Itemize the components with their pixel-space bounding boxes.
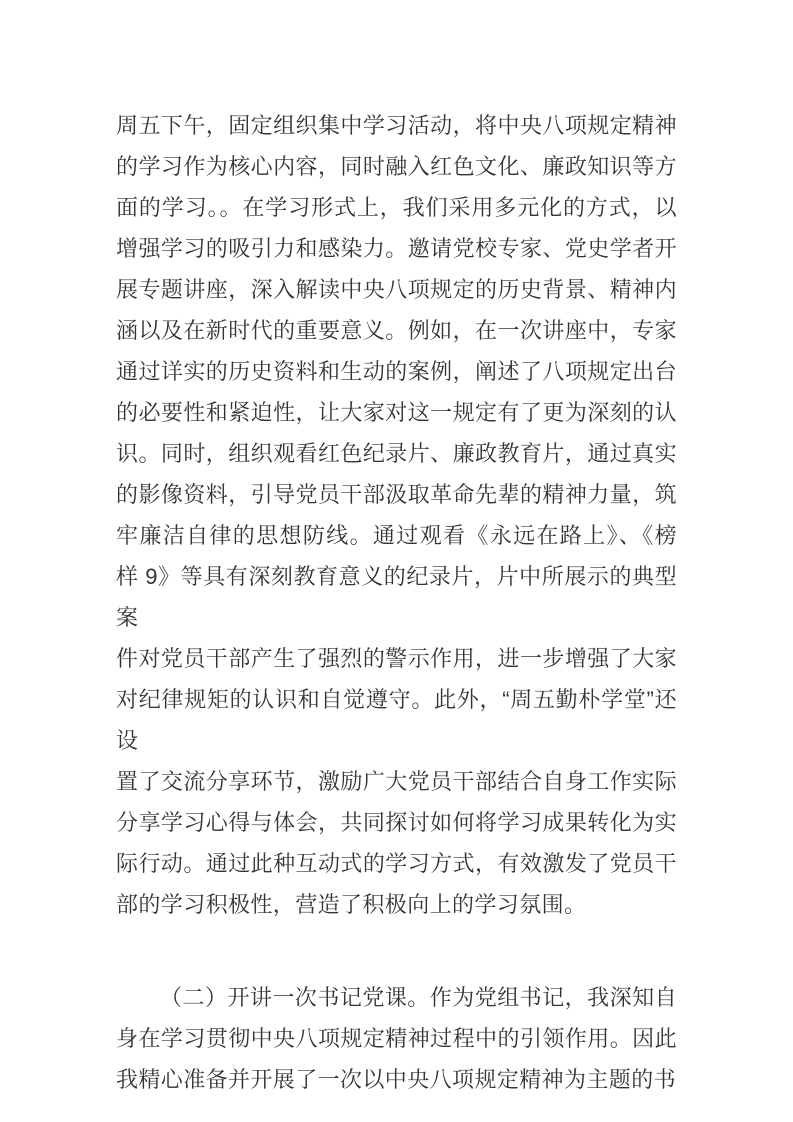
text-line: 面的学习。。在学习形式上，我们采用多元化的方式，以 bbox=[116, 187, 677, 228]
text-line: 身在学习贯彻中央八项规定精神过程中的引领作用。因此 bbox=[116, 1018, 677, 1059]
paragraph: （二）开讲一次书记党课。作为党组书记，我深知自身在学习贯彻中央八项规定精神过程中… bbox=[116, 977, 677, 1100]
text-line: 我精心准备并开展了一次以中央八项规定精神为主题的书 bbox=[116, 1059, 677, 1100]
text-line: 对纪律规矩的认识和自觉遵守。此外，“周五勤朴学堂”还设 bbox=[116, 679, 677, 761]
text-line: 的学习作为核心内容，同时融入红色文化、廉政知识等方 bbox=[116, 146, 677, 187]
text-line: 分享学习心得与体会，共同探讨如何将学习成果转化为实 bbox=[116, 802, 677, 843]
text-line: 增强学习的吸引力和感染力。邀请党校专家、党史学者开 bbox=[116, 228, 677, 269]
text-line: 涵以及在新时代的重要意义。例如，在一次讲座中，专家 bbox=[116, 310, 677, 351]
text-line: 部的学习积极性，营造了积极向上的学习氛围。 bbox=[116, 884, 677, 925]
text-line: 样 9》等具有深刻教育意义的纪录片，片中所展示的典型案 bbox=[116, 556, 677, 638]
text-line: 牢廉洁自律的思想防线。通过观看《永远在路上》、《榜 bbox=[116, 515, 677, 556]
text-line: 件对党员干部产生了强烈的警示作用，进一步增强了大家 bbox=[116, 638, 677, 679]
text-line: 识。同时，组织观看红色纪录片、廉政教育片，通过真实 bbox=[116, 433, 677, 474]
text-line: 际行动。通过此种互动式的学习方式，有效激发了党员干 bbox=[116, 843, 677, 884]
paragraph: 周五下午，固定组织集中学习活动，将中央八项规定精神的学习作为核心内容，同时融入红… bbox=[116, 105, 677, 925]
text-line: 展专题讲座，深入解读中央八项规定的历史背景、精神内 bbox=[116, 269, 677, 310]
text-line: 的影像资料，引导党员干部汲取革命先辈的精神力量，筑 bbox=[116, 474, 677, 515]
document-page: 周五下午，固定组织集中学习活动，将中央八项规定精神的学习作为核心内容，同时融入红… bbox=[0, 0, 793, 1122]
text-line: 置了交流分享环节，激励广大党员干部结合自身工作实际 bbox=[116, 761, 677, 802]
document-body: 周五下午，固定组织集中学习活动，将中央八项规定精神的学习作为核心内容，同时融入红… bbox=[0, 0, 793, 1100]
text-line: 周五下午，固定组织集中学习活动，将中央八项规定精神 bbox=[116, 105, 677, 146]
text-line: （二）开讲一次书记党课。作为党组书记，我深知自 bbox=[116, 977, 677, 1018]
text-line: 通过详实的历史资料和生动的案例，阐述了八项规定出台 bbox=[116, 351, 677, 392]
text-line: 的必要性和紧迫性，让大家对这一规定有了更为深刻的认 bbox=[116, 392, 677, 433]
